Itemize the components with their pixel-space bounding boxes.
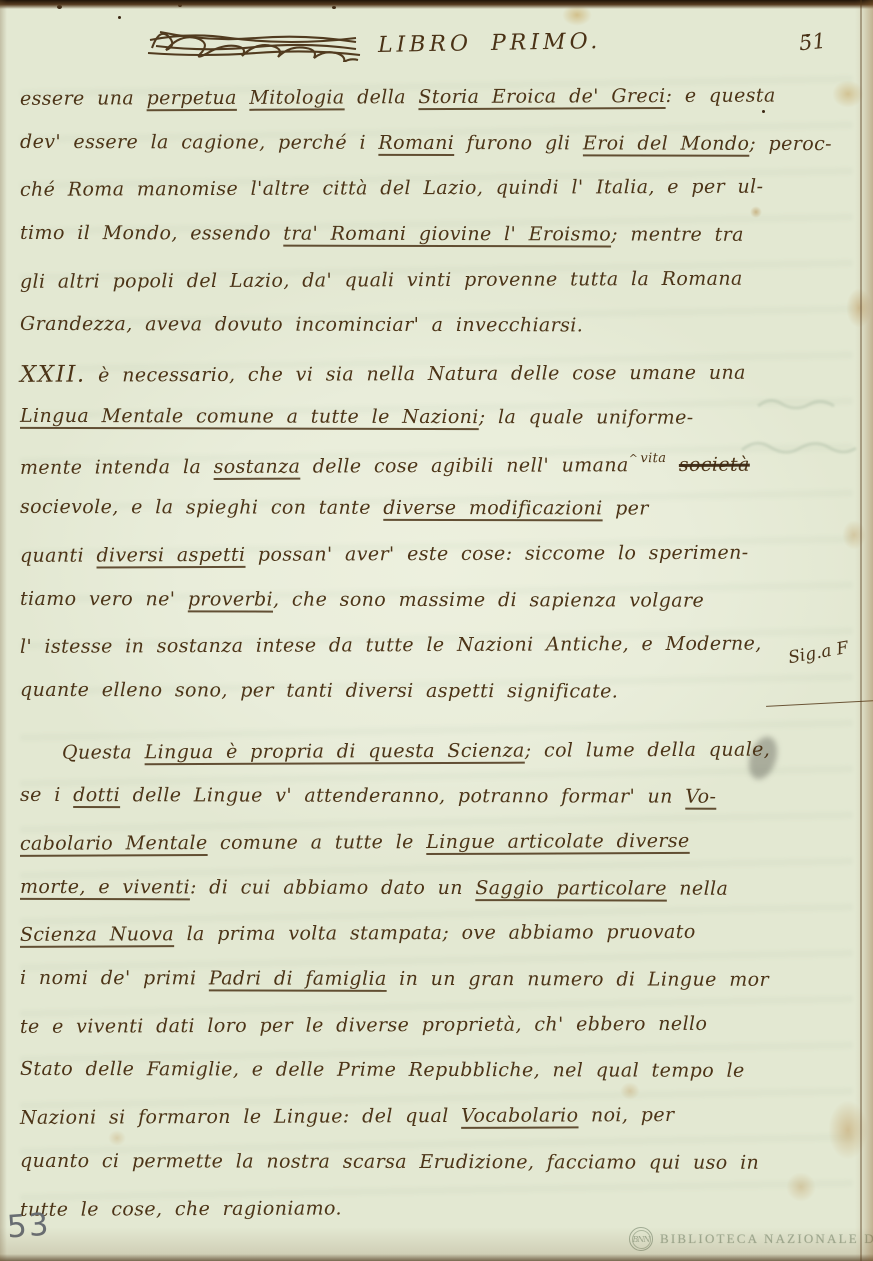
text-segment: furono gli xyxy=(454,132,583,154)
text-segment: tiamo vero ne' xyxy=(20,587,188,609)
manuscript-line: Nazioni si formaron le Lingue: del qual … xyxy=(20,1103,858,1152)
text-segment: della xyxy=(345,86,419,108)
text-segment: diversi aspetti xyxy=(96,544,245,567)
text-segment: quanti xyxy=(20,544,97,566)
text-segment: delle Lingue v' attenderanno, potranno f… xyxy=(120,784,685,807)
text-segment: Nazioni si formaron le Lingue: del qual xyxy=(20,1105,461,1129)
page-edge-right xyxy=(855,0,873,1261)
struck-out-word xyxy=(146,18,364,62)
text-segment: ; peroc- xyxy=(749,132,832,154)
page-edge-line xyxy=(860,0,862,1261)
manuscript-line: gli altri popoli del Lazio, da' quali vi… xyxy=(20,267,858,316)
text-segment: dev' essere la cagione, perché i xyxy=(20,131,378,154)
manuscript-lines: essere una perpetua Mitologia della Stor… xyxy=(20,86,858,1242)
text-segment: diverse modificazioni xyxy=(383,497,602,520)
manuscript-line: tiamo vero ne' proverbi, che sono massim… xyxy=(20,587,858,635)
text-segment: gli altri popoli del Lazio, da' quali vi… xyxy=(20,267,743,292)
manuscript-line: ché Roma manomise l'altre città del Lazi… xyxy=(20,176,858,225)
text-segment: ché Roma manomise l'altre città del Lazi… xyxy=(20,176,764,201)
text-segment: vita xyxy=(629,451,667,466)
text-segment: socievole, e la spieghi con tante xyxy=(20,496,383,519)
text-segment: cabolario Mentale xyxy=(20,832,208,855)
text-segment: mente intenda la xyxy=(20,455,214,478)
text-segment: Saggio particolare xyxy=(475,877,667,900)
manuscript-line: l' istesse in sostanza intese da tutte l… xyxy=(20,632,858,681)
text-segment: XXII. xyxy=(20,362,86,388)
text-segment: ; mentre tra xyxy=(611,224,744,246)
manuscript-line: se i dotti delle Lingue v' attenderanno,… xyxy=(20,784,858,832)
text-segment: morte, e viventi xyxy=(20,876,190,898)
text-segment: Questa xyxy=(62,741,145,763)
text-segment: Romani xyxy=(378,132,454,154)
manuscript-line: quanti diversi aspetti possan' aver' est… xyxy=(20,541,858,590)
manuscript-line: i nomi de' primi Padri di famiglia in un… xyxy=(20,967,858,1015)
manuscript-line: essere una perpetua Mitologia della Stor… xyxy=(20,84,858,133)
text-segment: l' istesse in sostanza intese da tutte l… xyxy=(20,633,762,658)
text-segment: in un gran numero di Lingue mor xyxy=(387,968,769,991)
manuscript-line: Stato delle Famiglie, e delle Prime Repu… xyxy=(20,1058,858,1106)
manuscript-line: cabolario Mentale comune a tutte le Ling… xyxy=(20,829,858,878)
text-segment: , che sono massime di sapienza volgare xyxy=(273,588,704,611)
text-segment: è necessario, che vi sia nella Natura de… xyxy=(86,362,746,387)
text-segment: Eroi del Mondo xyxy=(583,132,749,154)
manuscript-line: dev' essere la cagione, perché i Romani … xyxy=(20,131,858,179)
page-edge-top xyxy=(0,0,873,9)
folio-number: 51 xyxy=(798,29,827,56)
text-segment: se i xyxy=(20,784,73,806)
text-segment: dotti xyxy=(73,784,120,806)
manuscript-line: socievole, e la spieghi con tante divers… xyxy=(20,496,858,544)
text-segment: la prima volta stampata; ove abbiamo pru… xyxy=(174,921,696,945)
ink-speck xyxy=(118,16,121,19)
manuscript-line: Scienza Nuova la prima volta stampata; o… xyxy=(20,921,858,970)
text-segment: proverbi xyxy=(188,588,273,610)
manuscript-line: Questa Lingua è propria di questa Scienz… xyxy=(20,738,858,787)
text-segment: Lingue articolate diverse xyxy=(426,830,690,853)
text-segment: per xyxy=(603,498,649,520)
text-segment: tutte le cose, che ragioniamo. xyxy=(20,1197,342,1220)
text-segment: ; la quale uniforme- xyxy=(479,406,694,429)
text-segment: te e viventi dati loro per le diverse pr… xyxy=(20,1013,707,1038)
text-segment: sostanza xyxy=(214,455,301,477)
manuscript-line: morte, e viventi: di cui abbiamo dato un… xyxy=(20,876,858,924)
text-segment: Mitologia xyxy=(249,86,344,108)
manuscript-line: Grandezza, aveva dovuto incominciar' a i… xyxy=(20,313,858,361)
text-segment: tra' Romani giovine l' Eroismo xyxy=(283,223,611,246)
text-segment: possan' aver' este cose: siccome lo sper… xyxy=(245,542,748,566)
page-bottom-shadow xyxy=(0,1227,873,1261)
text-segment: Padri di famiglia xyxy=(209,967,387,989)
text-segment: ; col lume della quale, xyxy=(525,738,771,761)
text-segment: Stato delle Famiglie, e delle Prime Repu… xyxy=(20,1058,745,1082)
text-segment: nella xyxy=(667,877,728,899)
page-edge-left xyxy=(0,0,7,1261)
manuscript-line: timo il Mondo, essendo tra' Romani giovi… xyxy=(20,222,858,270)
text-segment: timo il Mondo, essendo xyxy=(20,222,283,245)
text-segment: i nomi de' primi xyxy=(20,967,209,989)
text-segment: delle cose agibili nell' umana xyxy=(300,454,629,477)
text-segment: quante elleno sono, per tanti diversi as… xyxy=(20,679,618,703)
manuscript-page: LIBRO PRIMO. 51 essere una perpetua Mito… xyxy=(0,0,873,1261)
text-segment: Vo- xyxy=(685,786,716,808)
text-segment xyxy=(666,453,679,475)
manuscript-line: mente intenda la sostanza delle cose agi… xyxy=(20,450,858,499)
text-segment: Lingua Mentale comune a tutte le Nazioni xyxy=(20,405,479,428)
text-segment: perpetua xyxy=(147,87,237,109)
text-segment: Lingua è propria di questa Scienza xyxy=(145,739,525,763)
text-segment: Vocabolario xyxy=(461,1105,578,1128)
text-segment: : di cui abbiamo dato un xyxy=(190,876,475,899)
text-segment: : e questa xyxy=(666,85,776,107)
text-segment: comune a tutte le xyxy=(208,831,427,854)
manuscript-line: quante elleno sono, per tanti diversi as… xyxy=(20,679,858,727)
manuscript-line: quanto ci permette la nostra scarsa Erud… xyxy=(20,1150,858,1198)
text-segment: Storia Eroica de' Greci xyxy=(418,85,665,108)
manuscript-line: Lingua Mentale comune a tutte le Nazioni… xyxy=(20,405,858,453)
page-title: LIBRO PRIMO. xyxy=(378,29,602,64)
text-segment: noi, per xyxy=(578,1104,674,1126)
manuscript-line: te e viventi dati loro per le diverse pr… xyxy=(20,1012,858,1061)
text-segment: Scienza Nuova xyxy=(20,924,174,947)
header: LIBRO PRIMO. xyxy=(146,18,601,62)
text-segment: società xyxy=(679,453,750,475)
text-segment: Grandezza, aveva dovuto incominciar' a i… xyxy=(20,313,583,336)
text-segment: quanto ci permette la nostra scarsa Erud… xyxy=(20,1150,759,1174)
text-segment: essere una xyxy=(20,87,147,110)
manuscript-line: XXII. è necessario, che vi sia nella Nat… xyxy=(20,358,858,407)
text-segment xyxy=(237,87,250,109)
